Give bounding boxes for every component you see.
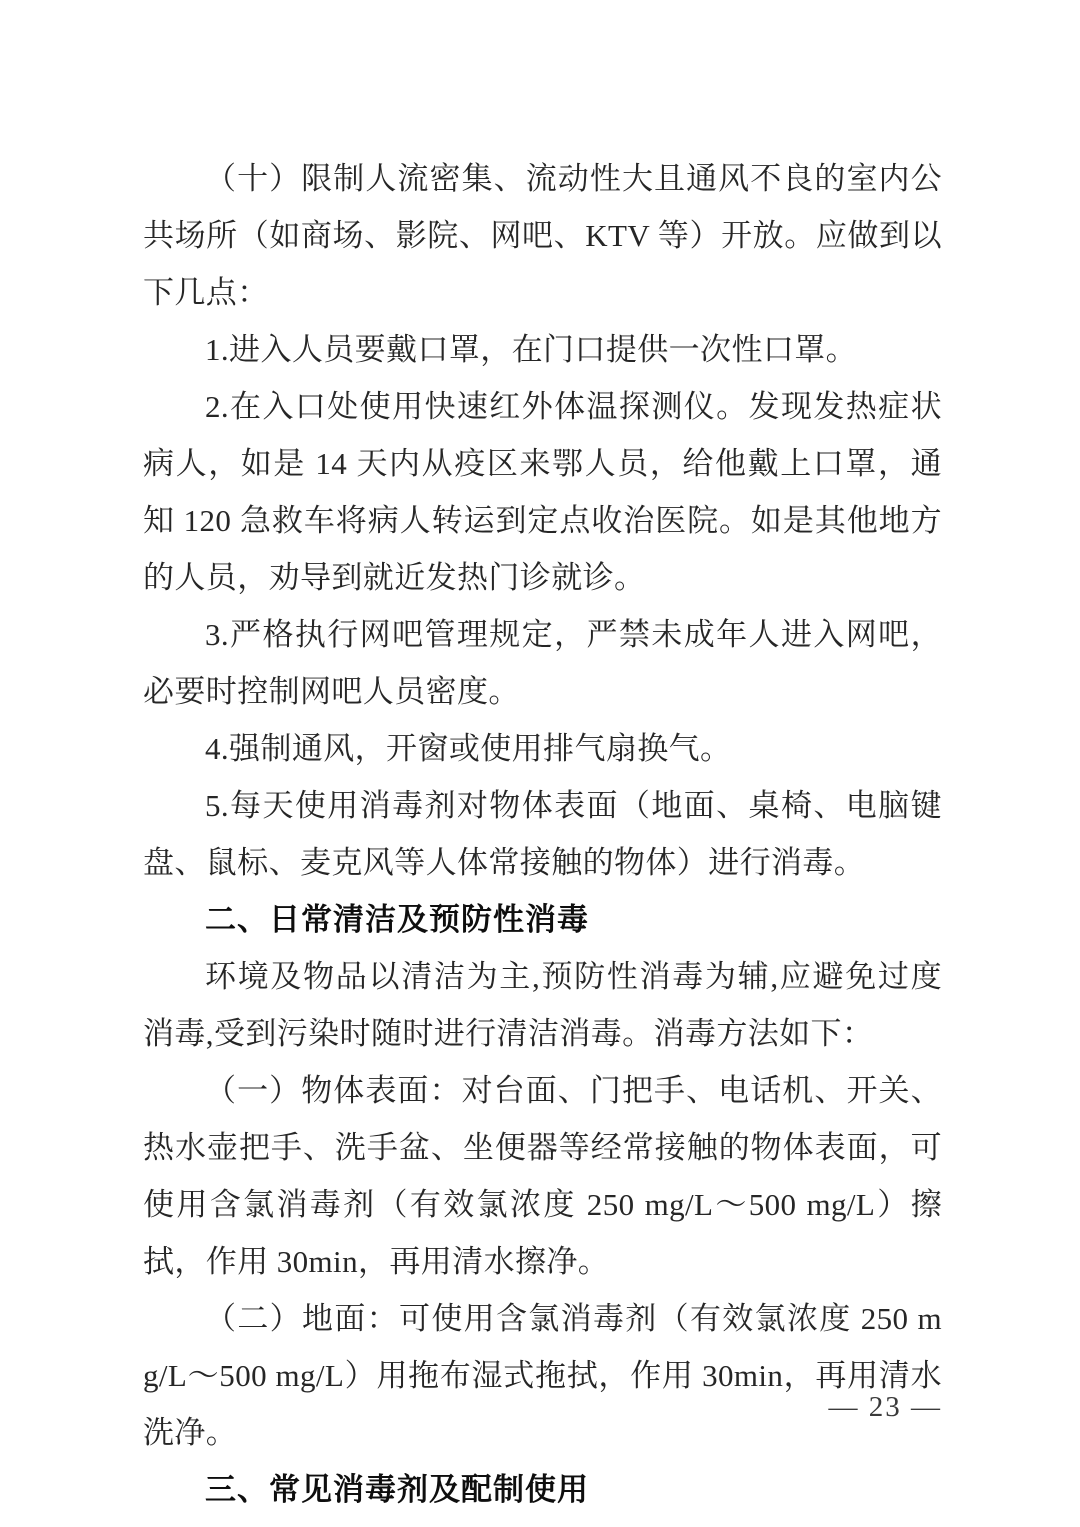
section-heading-common-disinfectants: 三、常见消毒剂及配制使用: [143, 1461, 942, 1518]
paragraph-rule-1: 1.进入人员要戴口罩，在门口提供一次性口罩。: [143, 321, 942, 378]
section-heading-daily-cleaning: 二、日常清洁及预防性消毒: [143, 891, 942, 948]
document-page: （十）限制人流密集、流动性大且通风不良的室内公共场所（如商场、影院、网吧、KTV…: [0, 0, 1080, 1527]
page-footer: — 23 —: [829, 1388, 943, 1426]
paragraph-floors: （二）地面：可使用含氯消毒剂（有效氯浓度 250 mg/L～500 mg/L）用…: [143, 1290, 942, 1461]
paragraph-rule-4: 4.强制通风，开窗或使用排气扇换气。: [143, 720, 942, 777]
paragraph-rule-5: 5.每天使用消毒剂对物体表面（地面、桌椅、电脑键盘、鼠标、麦克风等人体常接触的物…: [143, 777, 942, 891]
paragraph-rule-3: 3.严格执行网吧管理规定，严禁未成年人进入网吧，必要时控制网吧人员密度。: [143, 606, 942, 720]
paragraph-cleaning-intro: 环境及物品以清洁为主,预防性消毒为辅,应避免过度消毒,受到污染时随时进行清洁消毒…: [143, 948, 942, 1062]
paragraph-item-ten: （十）限制人流密集、流动性大且通风不良的室内公共场所（如商场、影院、网吧、KTV…: [143, 150, 942, 321]
paragraph-object-surfaces: （一）物体表面：对台面、门把手、电话机、开关、热水壶把手、洗手盆、坐便器等经常接…: [143, 1062, 942, 1290]
paragraph-rule-2: 2.在入口处使用快速红外体温探测仪。发现发热症状病人，如是 14 天内从疫区来鄂…: [143, 378, 942, 606]
page-number: — 23 —: [829, 1391, 943, 1423]
document-body: （十）限制人流密集、流动性大且通风不良的室内公共场所（如商场、影院、网吧、KTV…: [143, 150, 942, 1518]
